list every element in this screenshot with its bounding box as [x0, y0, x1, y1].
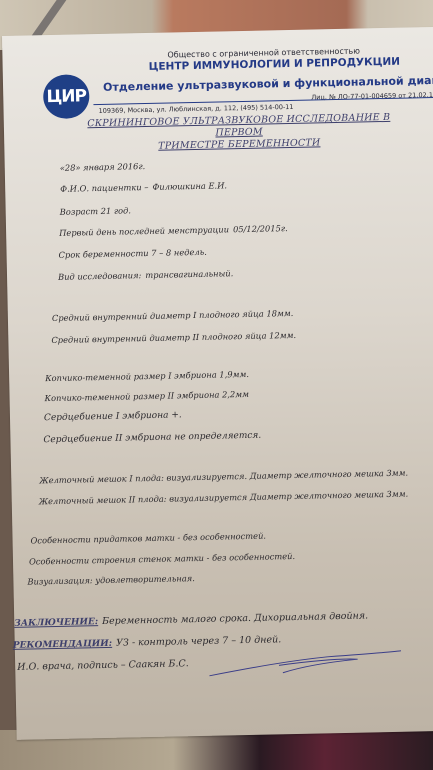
finding-line: Желточный мешок I плода: визуализируется…	[39, 468, 408, 486]
document-page: ЦИР Общество с ограниченной ответственно…	[2, 27, 433, 740]
exam-type-value: трансвагинальный.	[145, 268, 233, 280]
patient-label: Ф.И.О. пациентки –	[60, 182, 148, 194]
finding-line: Визуализация: удовлетворительная.	[27, 573, 195, 587]
finding-line: Особенности строения стенок матки - без …	[29, 551, 295, 567]
recommendation-row: РЕКОМЕНДАЦИИ:УЗ - контроль через 7 – 10 …	[13, 634, 282, 651]
lmp-row: Первый день последней менструации05/12/2…	[59, 223, 288, 238]
conclusion-row: ЗАКЛЮЧЕНИЕ:Беременность малого срока. Ди…	[14, 610, 368, 628]
finding-line: Средний внутренний диаметр II плодного я…	[51, 330, 296, 345]
handwritten-signature-icon	[185, 647, 426, 682]
finding-line: Сердцебиение I эмбриона +.	[44, 410, 182, 423]
patient-name: Филюшкина Е.И.	[152, 180, 227, 192]
patient-age: Возраст 21 год.	[60, 205, 132, 216]
exam-type-row: Вид исследования:трансвагинальный.	[58, 268, 233, 282]
document-title: СКРИНИНГОВОЕ УЛЬТРАЗВУКОВОЕ ИССЛЕДОВАНИЕ…	[74, 112, 405, 155]
finding-line: Желточный мешок II плода: визуализируетс…	[39, 489, 409, 507]
doctor-signature-line: И.О. врача, подпись – Саакян Б.С.	[17, 658, 189, 673]
finding-line: Сердцебиение II эмбриона не определяется…	[43, 431, 261, 446]
department-name: Отделение ультразвуковой и функционально…	[103, 73, 433, 94]
gestation-term: Срок беременности 7 – 8 недель.	[58, 247, 206, 260]
recommendation-text: УЗ - контроль через 7 – 10 дней.	[116, 634, 281, 648]
finding-line: Копчико-теменной размер I эмбриона 1,9мм…	[45, 369, 249, 383]
finding-line: Средний внутренний диаметр I плодного яй…	[52, 308, 294, 323]
patient-row: Ф.И.О. пациентки –Филюшкина Е.И.	[60, 180, 227, 193]
conclusion-text: Беременность малого срока. Дихориальная …	[102, 610, 368, 627]
exam-type-label: Вид исследования:	[58, 270, 141, 282]
exam-date: «28» января 2016г.	[60, 161, 146, 173]
lmp-label: Первый день последней менструации	[59, 224, 229, 238]
finding-line: Копчико-теменной размер II эмбриона 2,2м…	[44, 389, 249, 403]
clinic-address: 109369, Москва, ул. Люблинская, д. 112, …	[99, 103, 294, 115]
recommendation-label: РЕКОМЕНДАЦИИ:	[13, 639, 113, 651]
lmp-value: 05/12/2015г.	[233, 223, 288, 234]
logo-text: ЦИР	[46, 86, 86, 107]
finding-line: Особенности придатков матки - без особен…	[30, 531, 266, 546]
clinic-logo-icon: ЦИР	[43, 74, 90, 119]
conclusion-label: ЗАКЛЮЧЕНИЕ:	[14, 617, 98, 629]
letterhead: ЦИР Общество с ограниченной ответственно…	[42, 37, 432, 45]
